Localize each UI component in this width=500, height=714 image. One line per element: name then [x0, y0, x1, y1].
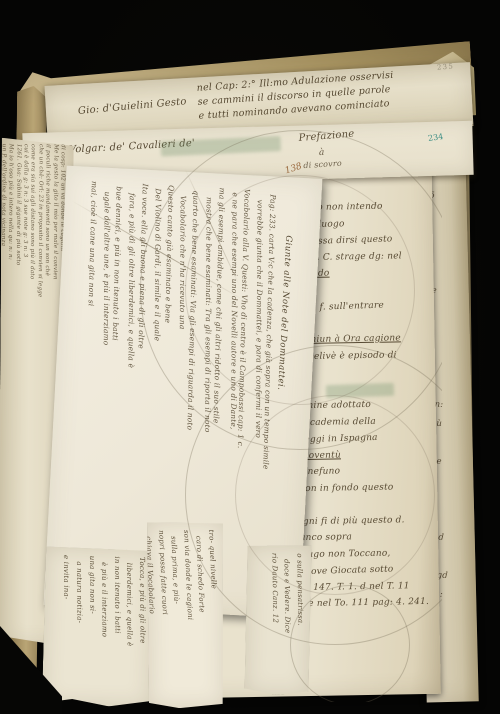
folio-number-pencil: 235: [437, 62, 454, 71]
bottom-slip-left: Tocca, e più di gli oltreliberdemici, e …: [42, 547, 154, 708]
manuscript-photo: liè:chöca:rdòekedlilarö:Pen:Coùndelleòhè…: [0, 0, 500, 714]
prefazione-title: Prefazione: [298, 129, 355, 144]
slip-sideways-text: Tocca, e più di gli oltreliberdemici, e …: [42, 549, 152, 706]
top-left-title: Gio: d'Guielini Gesto: [78, 96, 188, 117]
prefazione-sub: à: [319, 148, 325, 158]
bottom-slip-right: o sulla pensatrissa.doce e Vedere. Dicer…: [244, 544, 311, 695]
prefazione-sub2: di scovro: [303, 159, 342, 170]
bottom-slip-middle: tro- quel nivellecaro di schedo Forteson…: [147, 522, 225, 709]
faded-green-stamp: [326, 383, 394, 398]
slip-sideways-text: tro- quel nivellecaro di schedo Forteson…: [147, 524, 223, 707]
slip-sideways-text: o sulla pensatrissa.doce e Vedere. Dicer…: [244, 546, 309, 693]
